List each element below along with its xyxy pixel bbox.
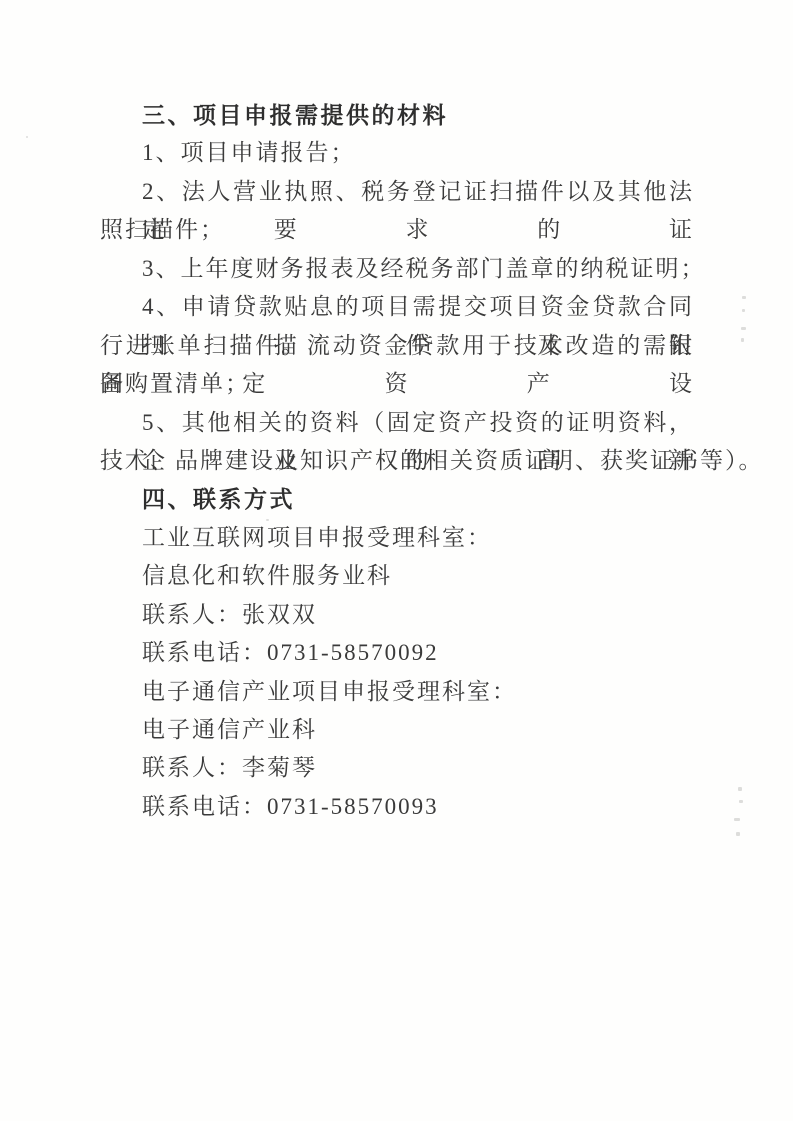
doc-line: 1、项目申请报告；: [100, 134, 694, 172]
doc-line: 电子通信产业项目申报受理科室：: [100, 673, 694, 711]
doc-line: 3、上年度财务报表及经税务部门盖章的纳税证明；: [100, 250, 694, 288]
doc-line: 联系电话：0731-58570092: [100, 634, 694, 672]
scan-speck: [742, 296, 746, 299]
doc-line: 联系人：张双双: [100, 596, 694, 634]
doc-line: 电子通信产业科: [100, 711, 694, 749]
scan-speck: [741, 327, 746, 330]
scan-speck: [738, 787, 742, 791]
doc-line: 技术、品牌建设及知识产权的相关资质证明、获奖证书等）。: [100, 442, 694, 480]
doc-line: 行进账单扫描件。流动资金贷款用于技术改造的需附固定资产设: [100, 327, 694, 365]
doc-line: 联系人：李菊琴: [100, 749, 694, 787]
doc-line: 信息化和软件服务业科: [100, 557, 694, 595]
section-heading: 三、项目申报需提供的材料: [100, 96, 694, 134]
section-heading: 四、联系方式: [100, 480, 694, 518]
scan-speck: [736, 832, 740, 836]
scan-speck: [734, 818, 740, 821]
document-body: 三、项目申报需提供的材料1、项目申请报告；2、法人营业执照、税务登记证扫描件以及…: [100, 96, 694, 826]
doc-line: 2、法人营业执照、税务登记证扫描件以及其他法定要求的证: [100, 173, 694, 211]
doc-line: 联系电话：0731-58570093: [100, 788, 694, 826]
scanned-document-page: 三、项目申报需提供的材料1、项目申请报告；2、法人营业执照、税务登记证扫描件以及…: [0, 0, 793, 1121]
scan-speck: [742, 309, 745, 312]
scan-speck: [741, 338, 744, 342]
doc-line: 工业互联网项目申报受理科室：: [100, 519, 694, 557]
doc-line: 5、其他相关的资料（固定资产投资的证明资料，企业的高新: [100, 404, 694, 442]
scan-speck: [739, 800, 743, 803]
doc-line: 4、申请贷款贴息的项目需提交项目资金贷款合同扫描件及银: [100, 288, 694, 326]
scan-speck: [26, 136, 28, 138]
scan-speck: [266, 519, 269, 521]
